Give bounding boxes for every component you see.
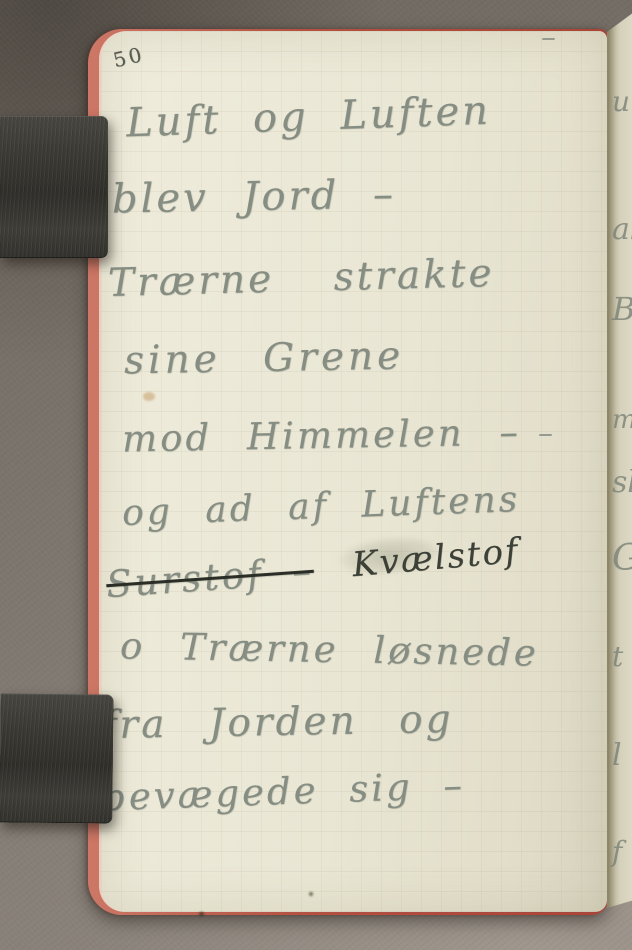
cut-off-handwriting: f [612,835,622,868]
cut-off-handwriting: u [612,85,630,118]
pencil-dash-mark: – [538,416,553,451]
cut-off-handwriting: al [612,212,632,247]
handwriting-line: fra Jorden og [102,697,454,748]
paper-speck [309,892,313,896]
cut-off-handwriting: sl [612,465,632,500]
next-page-edge: u al B m sl G t l f [607,12,632,910]
metal-weight-top [0,116,108,258]
metal-weight-bottom [0,693,114,823]
notebook-photo: 50 Luft og Luften blev Jord – Trærne str… [0,0,632,950]
cut-off-handwriting: m [612,405,632,435]
cut-off-handwriting: G [612,538,632,579]
handwriting-line: mod Himmelen – [122,411,521,461]
cut-off-handwriting: t [612,640,623,673]
cut-off-handwriting: l [612,738,622,773]
felt-speck [199,912,204,916]
cut-off-handwriting: B [612,290,632,328]
handwriting-line: blev Jord – [112,172,397,223]
paper-stain [143,392,155,401]
handwriting-line: o Trærne løsnede [120,624,539,674]
handwriting-line: sine Grene [124,334,405,384]
pencil-dash-mark: – [541,20,556,55]
